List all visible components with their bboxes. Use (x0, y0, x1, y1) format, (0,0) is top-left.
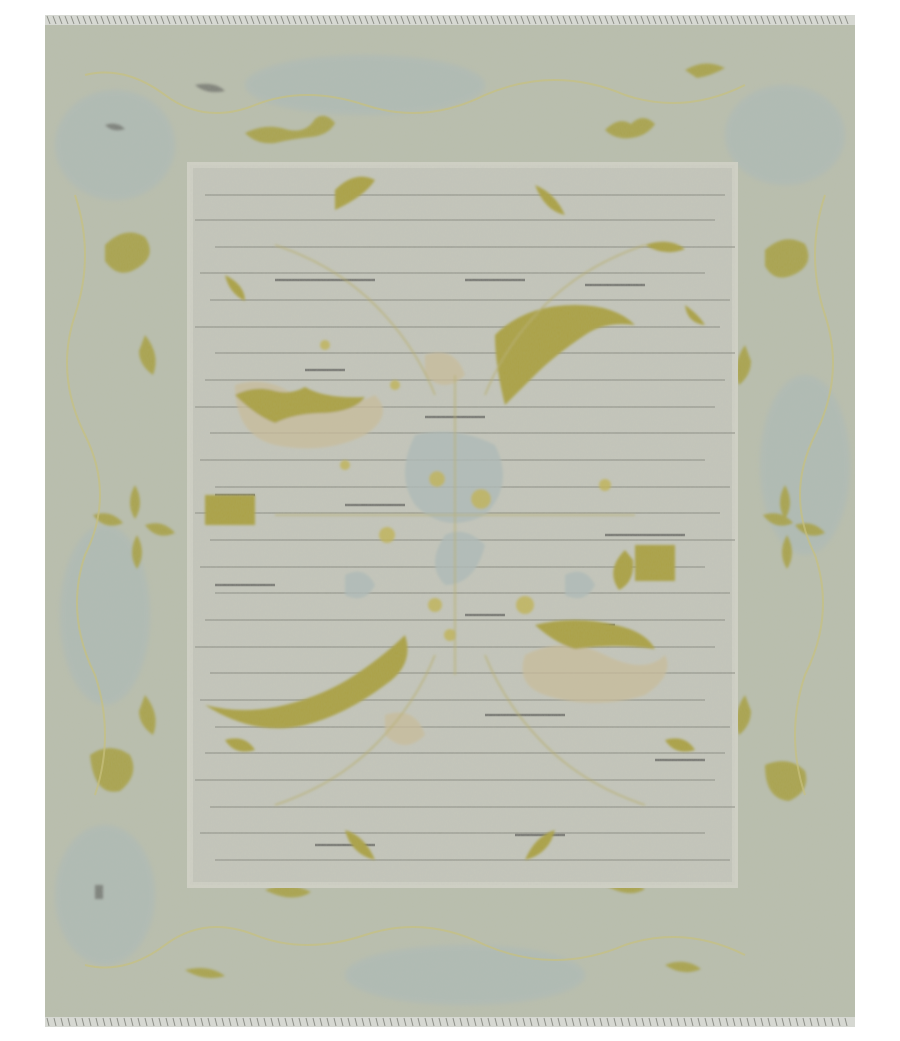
fringe-top (45, 15, 855, 25)
rug-illustration (45, 15, 855, 1027)
rug (45, 15, 855, 1027)
fringe-bottom (45, 1017, 855, 1027)
